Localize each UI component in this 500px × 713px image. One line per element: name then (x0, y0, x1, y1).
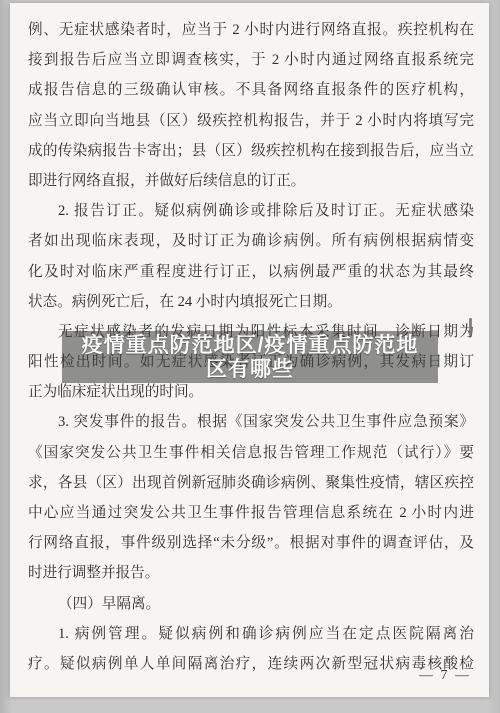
text-line: 成的传染病报告卡寄出；县（区）级疾控机构在接到报告后，应当立 (28, 136, 474, 166)
scan-edge-mark (469, 318, 472, 336)
overlay-title-line-1: 疫情重点防范地区/疫情重点防范地 (62, 334, 438, 358)
text-line: 成报告信息的三级确认审核。不具备网络直报条件的医疗机构， (28, 75, 474, 105)
text-line: 状态。病例死亡后，在 24 小时内填报死亡日期。 (28, 287, 474, 317)
text-line: 应当立即向当地县（区）级疾控机构报告，并于 2 小时内将填写完 (28, 106, 474, 136)
text-line: 中心应当通过突发公共卫生事件报告管理信息系统在 2 小时内进 (28, 498, 474, 528)
text-line: 接到报告后应当立即调查核实，于 2 小时内通过网络直报系统完 (28, 45, 474, 75)
text-line: 2. 报告订正。疑似病例确诊或排除后及时订正。无症状感染 (28, 196, 474, 226)
text-line: 例、无症状感染者时，应当于 2 小时内进行网络直报。疾控机构在 (28, 15, 474, 45)
text-line: 化及时对临床严重程度进行订正，以病例最严重的状态为其最终 (28, 257, 474, 287)
page-number: — 7 — (419, 665, 471, 687)
text-line: 即进行网络直报，并做好后续信息的订正。 (28, 166, 474, 196)
text-line: 3. 突发事件的报告。根据《国家突发公共卫生事件应急预案》 (28, 407, 474, 437)
text-line: 1. 病例管理。疑似病例和确诊病例应当在定点医院隔离治 (28, 619, 474, 649)
text-line: 《国家突发公共卫生事件相关信息报告管理工作规范（试行）》要 (28, 438, 474, 468)
text-line: 求，各县（区）出现首例新冠肺炎确诊病例、聚集性疫情，辖区疾控 (28, 468, 474, 498)
text-line: 时进行调整并报告。 (28, 558, 474, 588)
text-line: 者如出现临床表现，及时订正为确诊病例。所有病例根据病情变 (28, 226, 474, 256)
text-line: 疗。疑似病例单人单间隔离治疗，连续两次新型冠状病毒核酸检 (28, 649, 474, 679)
overlay-title-line-2: 区有哪些 (62, 358, 438, 382)
text-line: 行网络直报，事件级别选择“未分级”。根据对事件的调查评估，及 (28, 528, 474, 558)
overlay-title-banner: 疫情重点防范地区/疫情重点防范地 区有哪些 (62, 331, 438, 383)
text-line: （四）早隔离。 (28, 589, 474, 619)
